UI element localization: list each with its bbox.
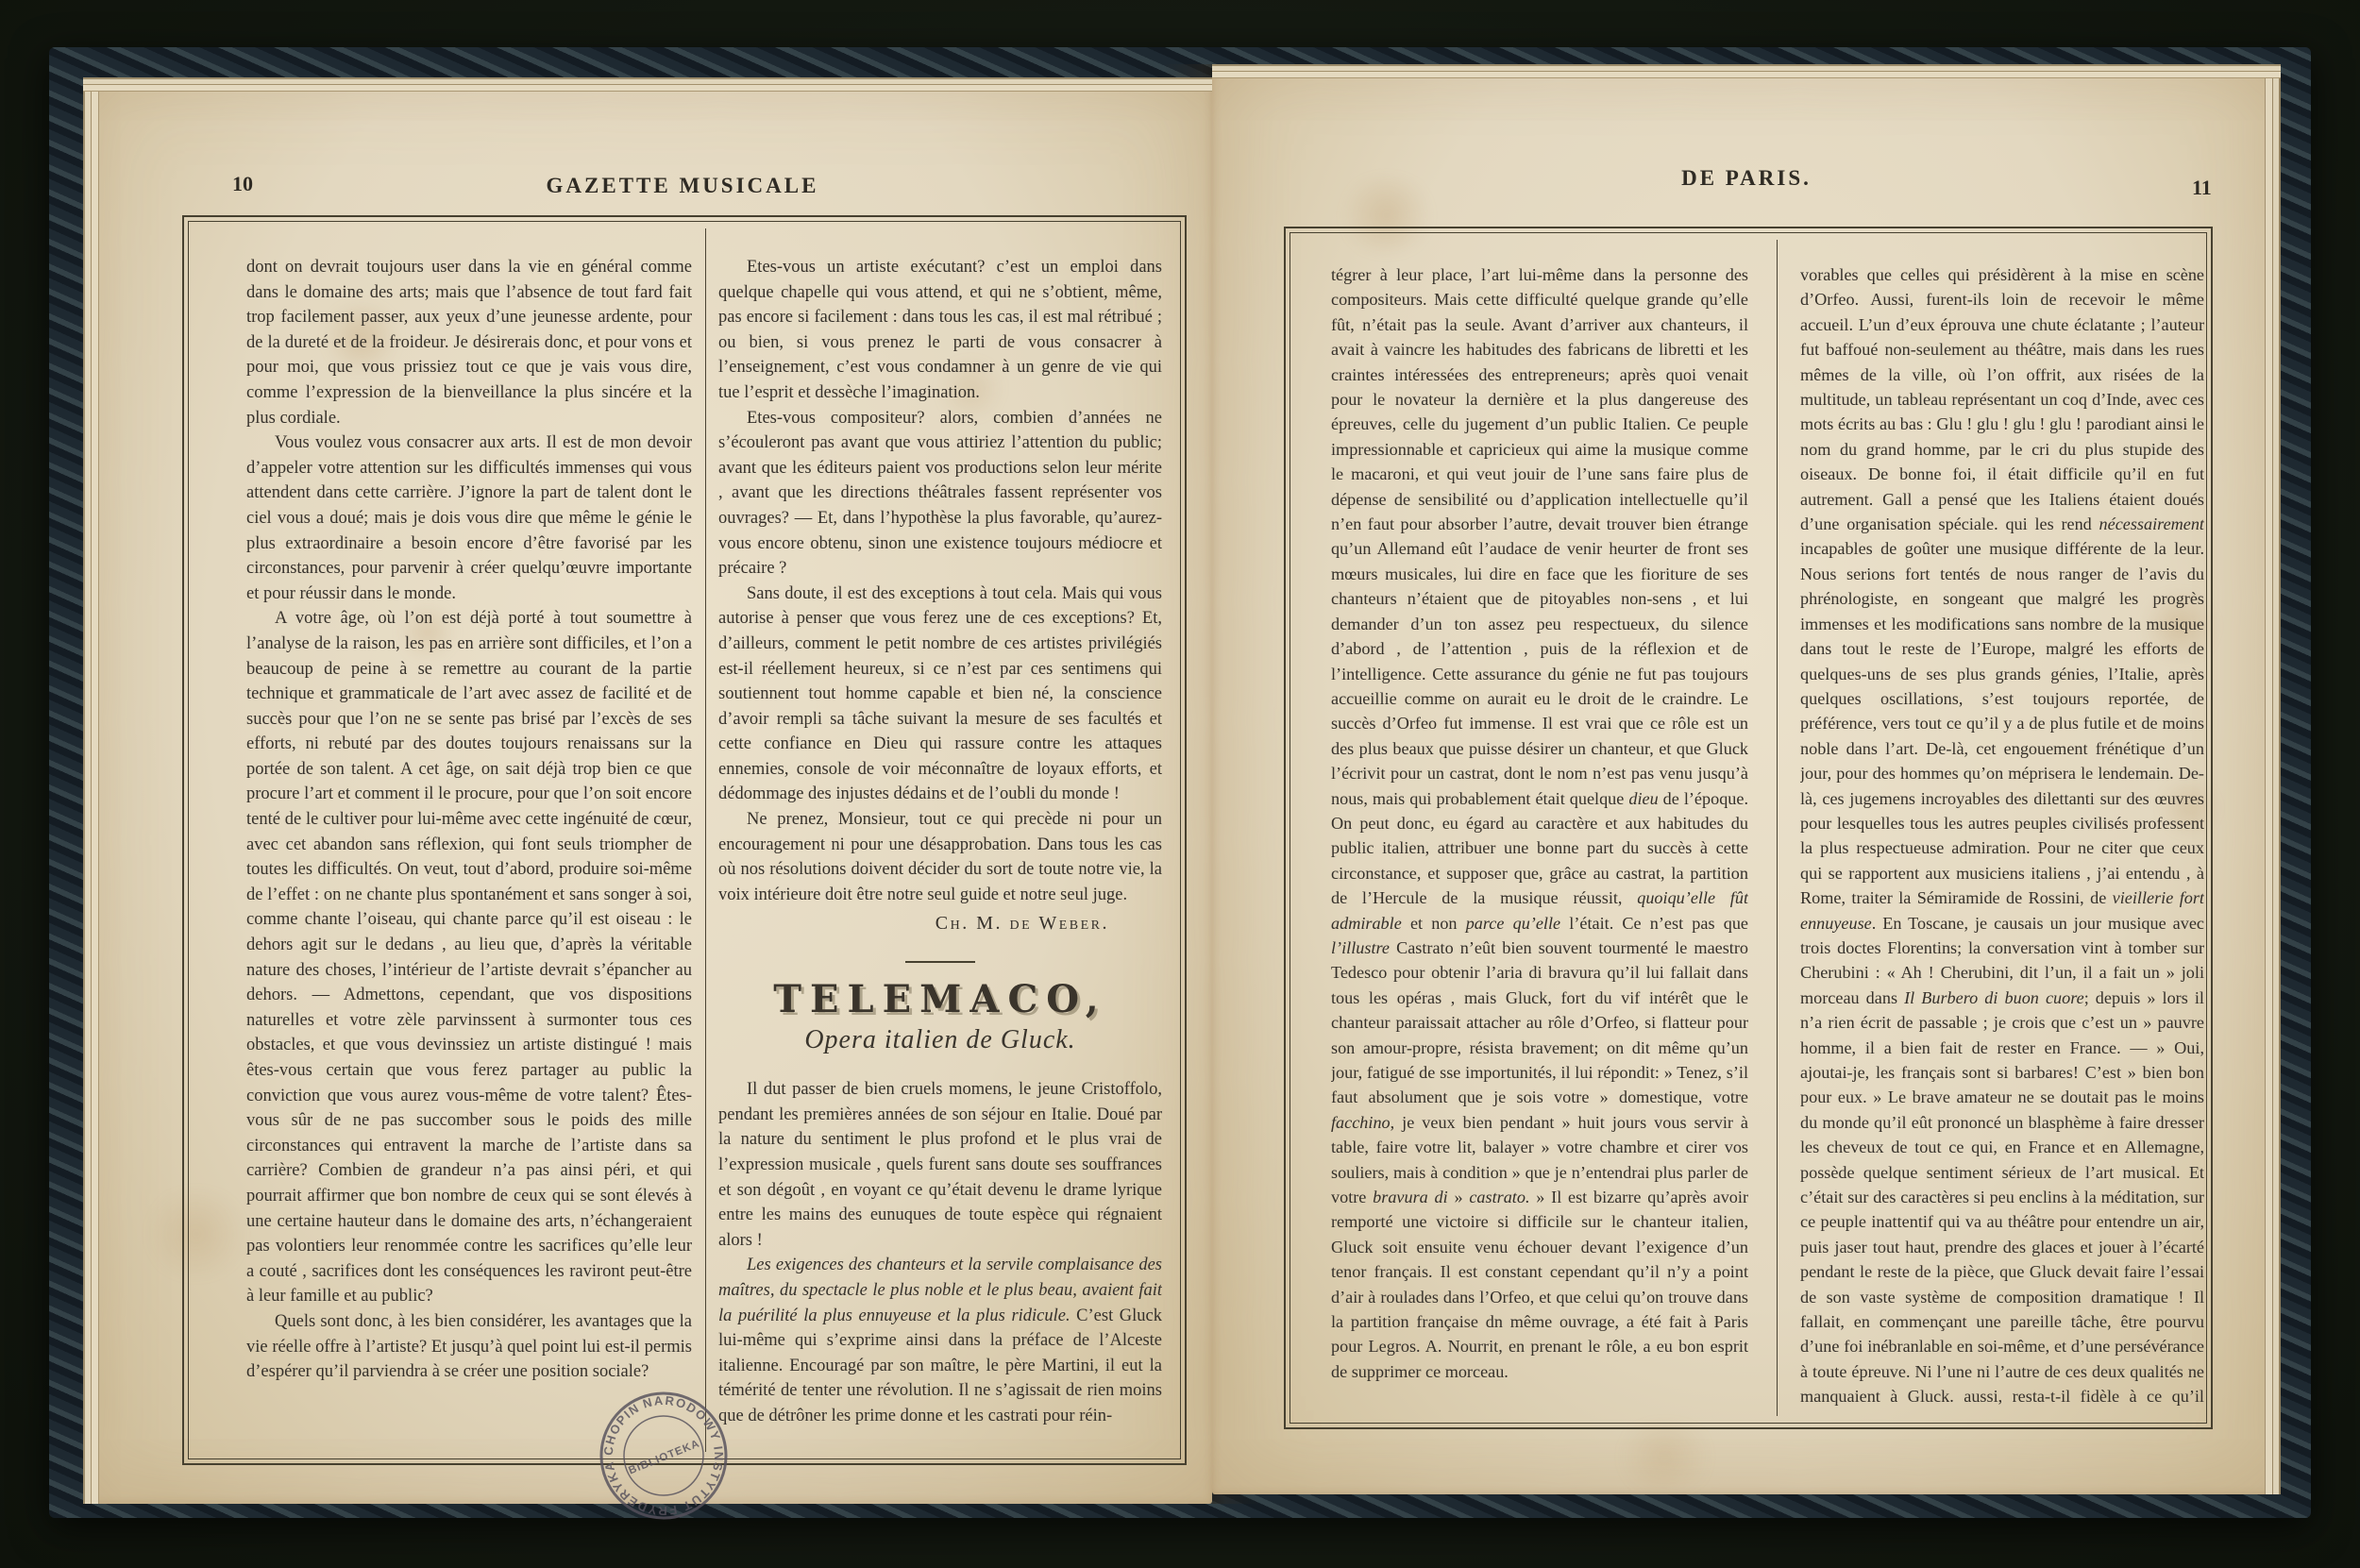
paragraph: Quels sont donc, à les bien considérer, … (246, 1309, 692, 1385)
left-page: 10 GAZETTE MUSICALE dont on devrait touj… (83, 77, 1212, 1504)
column-divider (1777, 240, 1778, 1416)
scanned-book-spread: { "colors":{"background":"#141911","cove… (0, 0, 2360, 1568)
page-edge-stack-top (1212, 64, 2281, 83)
running-title-left: GAZETTE MUSICALE (182, 174, 1183, 198)
article-title: TELEMACO, (718, 987, 1162, 1013)
article-subtitle: Opera italien de Gluck. (718, 1028, 1162, 1054)
paragraph: Ne prenez, Monsieur, tout ce qui precède… (718, 807, 1162, 907)
paragraph: Sans doute, il est des exceptions à tout… (718, 582, 1162, 807)
paragraph: dont on devrait toujours user dans la vi… (246, 255, 692, 430)
text-frame-right: tégrer à leur place, l’art lui-même dans… (1284, 227, 2213, 1429)
column-divider (705, 228, 706, 1452)
left-page-column-1: dont on devrait toujours user dans la vi… (246, 255, 692, 1442)
paragraph: Vous voulez vous consacrer aux arts. Il … (246, 430, 692, 606)
author-signature: Ch. M. de Weber. (718, 911, 1162, 936)
left-page-column-2: Etes-vous un artiste exécutant? c’est un… (718, 255, 1162, 1442)
paragraph: vorables que celles qui présidèrent à la… (1800, 262, 2204, 1407)
paragraph: Il dut passer de bien cruels momens, le … (718, 1077, 1162, 1253)
right-page: DE PARIS. 11 tégrer à leur place, l’art … (1212, 64, 2281, 1494)
page-edge-stack-right (2256, 64, 2281, 1494)
paragraph: Etes-vous compositeur? alors, combien d’… (718, 406, 1162, 582)
running-title-right: DE PARIS. (1284, 166, 2209, 191)
right-page-column-2: vorables que celles qui présidèrent à la… (1800, 262, 2204, 1407)
page-edge-stack-top (83, 77, 1212, 96)
section-divider (905, 961, 975, 963)
paragraph: Etes-vous un artiste exécutant? c’est un… (718, 255, 1162, 406)
stamp-center-text: BIBLIOTEKA (627, 1438, 701, 1476)
text-frame-left: dont on devrait toujours user dans la vi… (182, 215, 1187, 1465)
page-edge-stack-left (83, 77, 108, 1504)
paragraph: A votre âge, où l’on est déjà porté à to… (246, 606, 692, 1309)
paragraph: tégrer à leur place, l’art lui-même dans… (1331, 262, 1748, 1384)
paragraph: Les exigences des chanteurs et la servil… (718, 1253, 1162, 1428)
right-page-column-1: tégrer à leur place, l’art lui-même dans… (1331, 262, 1748, 1407)
page-number-right: 11 (2192, 176, 2212, 200)
